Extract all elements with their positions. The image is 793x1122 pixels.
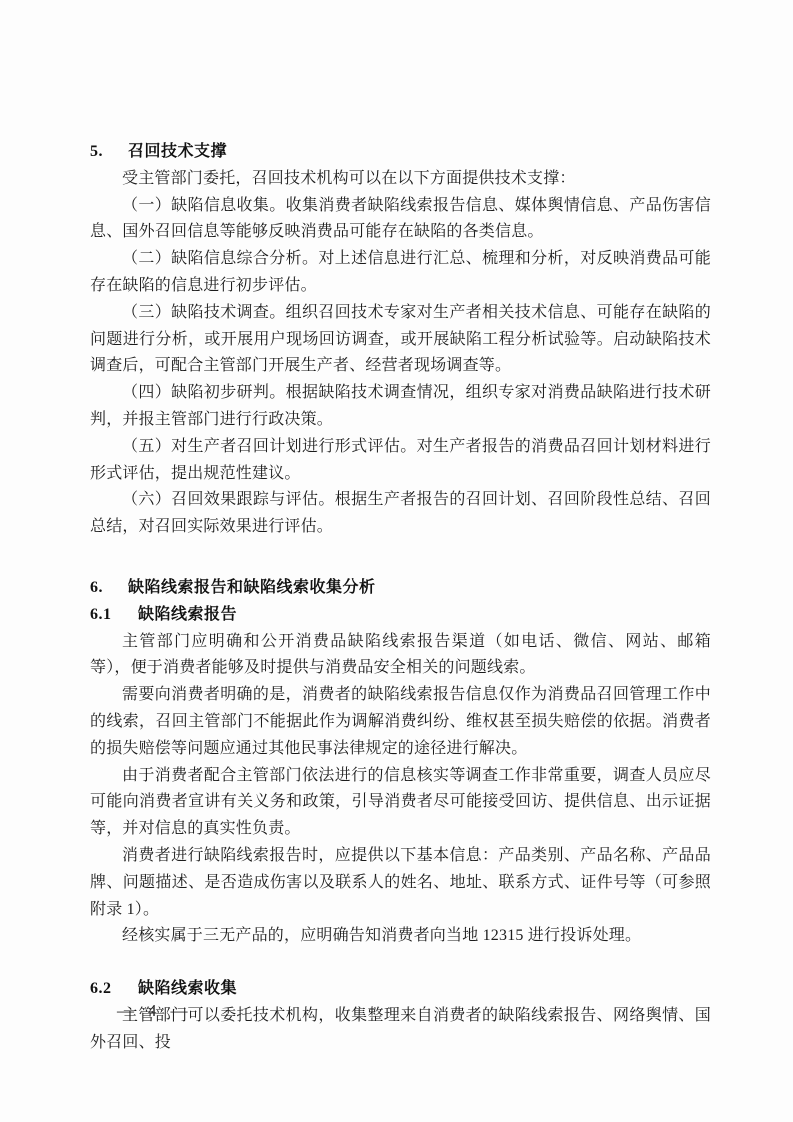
subsection-number: 6.2: [90, 976, 138, 1003]
paragraph: （四）缺陷初步研判。根据缺陷技术调查情况，组织专家对消费品缺陷进行技术研判，并报…: [90, 380, 711, 434]
paragraph: 消费者进行缺陷线索报告时，应提供以下基本信息：产品类别、产品名称、产品品牌、问题…: [90, 843, 711, 923]
paragraph: （三）缺陷技术调查。组织召回技术专家对生产者相关技术信息、可能存在缺陷的问题进行…: [90, 300, 711, 380]
document-page: 5.召回技术支撑 受主管部门委托，召回技术机构可以在以下方面提供技术支撑： （一…: [0, 0, 793, 1122]
paragraph: （六）召回效果跟踪与评估。根据生产者报告的召回计划、召回阶段性总结、召回总结，对…: [90, 487, 711, 541]
subsection-heading-6-2: 6.2缺陷线索收集: [90, 976, 711, 1003]
paragraph: 经核实属于三无产品的，应明确告知消费者向当地 12315 进行投诉处理。: [90, 923, 711, 950]
page-number: 4: [134, 1001, 171, 1020]
page-footer: —4—: [117, 1001, 188, 1021]
section-heading-5: 5.召回技术支撑: [90, 139, 711, 166]
footer-dash-left: —: [117, 1001, 134, 1020]
subsection-heading-6-1: 6.1缺陷线索报告: [90, 602, 711, 629]
subsection-number: 6.1: [90, 602, 138, 629]
paragraph: 主管部门应明确和公开消费品缺陷线索报告渠道（如电话、微信、网站、邮箱等），便于消…: [90, 629, 711, 683]
section-number: 5.: [90, 139, 128, 166]
section-heading-6: 6.缺陷线索报告和缺陷线索收集分析: [90, 575, 711, 602]
paragraph: （五）对生产者召回计划进行形式评估。对生产者报告的消费品召回计划材料进行形式评估…: [90, 434, 711, 488]
section-title: 召回技术支撑: [128, 143, 227, 160]
section-number: 6.: [90, 575, 128, 602]
paragraph: 由于消费者配合主管部门依法进行的信息核实等调查工作非常重要，调查人员应尽可能向消…: [90, 763, 711, 843]
section-title: 缺陷线索报告和缺陷线索收集分析: [128, 579, 376, 596]
subsection-title: 缺陷线索收集: [138, 980, 237, 997]
paragraph: （二）缺陷信息综合分析。对上述信息进行汇总、梳理和分析，对反映消费品可能存在缺陷…: [90, 246, 711, 300]
subsection-title: 缺陷线索报告: [138, 606, 237, 623]
paragraph: 受主管部门委托，召回技术机构可以在以下方面提供技术支撑：: [90, 166, 711, 193]
paragraph: （一）缺陷信息收集。收集消费者缺陷线索报告信息、媒体舆情信息、产品伤害信息、国外…: [90, 193, 711, 247]
paragraph: 需要向消费者明确的是，消费者的缺陷线索报告信息仅作为消费品召回管理工作中的线索，…: [90, 682, 711, 762]
document-body: 5.召回技术支撑 受主管部门委托，召回技术机构可以在以下方面提供技术支撑： （一…: [90, 139, 711, 1057]
footer-dash-right: —: [171, 1001, 188, 1020]
